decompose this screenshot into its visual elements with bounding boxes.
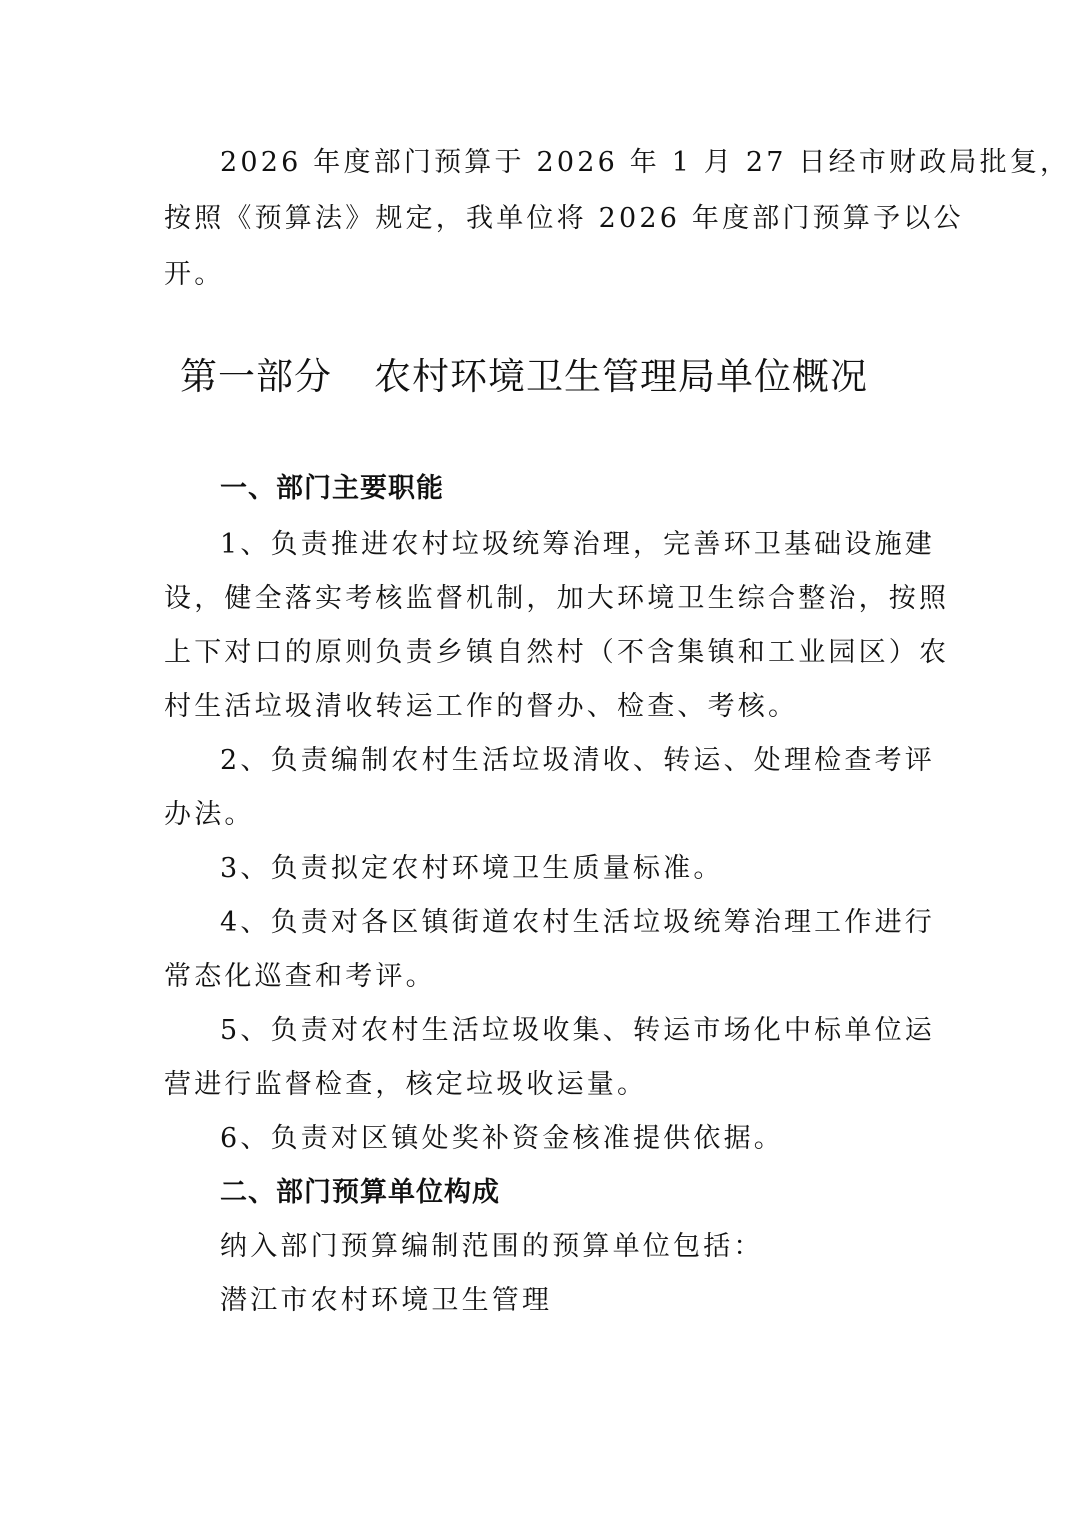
document-page: 2026 年度部门预算于 2026 年 1 月 27 日经市财政局批复， 按照《… — [0, 0, 1074, 1520]
section-heading-functions: 一、部门主要职能 — [220, 472, 444, 506]
function-3-line-1: 3、负责拟定农村环境卫生质量标准。 — [220, 852, 914, 886]
units-intro: 纳入部门预算编制范围的预算单位包括： — [220, 1230, 914, 1264]
function-2-line-1: 2、负责编制农村生活垃圾清收、转运、处理检查考评 — [220, 744, 914, 778]
function-4-line-2: 常态化巡查和考评。 — [164, 960, 914, 994]
intro-line-3: 开。 — [164, 258, 914, 292]
function-1-line-3: 上下对口的原则负责乡镇自然村（不含集镇和工业园区）农 — [164, 636, 914, 670]
unit-name: 潜江市农村环境卫生管理 — [220, 1284, 914, 1318]
intro-line-1: 2026 年度部门预算于 2026 年 1 月 27 日经市财政局批复， — [220, 146, 914, 180]
function-5-line-2: 营进行监督检查，核定垃圾收运量。 — [164, 1068, 914, 1102]
function-1-line-4: 村生活垃圾清收转运工作的督办、检查、考核。 — [164, 690, 914, 724]
function-5-line-1: 5、负责对农村生活垃圾收集、转运市场化中标单位运 — [220, 1014, 914, 1048]
section-heading-units: 二、部门预算单位构成 — [220, 1176, 500, 1210]
function-6-line-1: 6、负责对区镇处奖补资金核准提供依据。 — [220, 1122, 914, 1156]
intro-line-2: 按照《预算法》规定，我单位将 2026 年度部门预算予以公 — [164, 202, 914, 236]
part-name: 农村环境卫生管理局单位概况 — [374, 355, 868, 398]
function-4-line-1: 4、负责对各区镇街道农村生活垃圾统筹治理工作进行 — [220, 906, 914, 940]
part-number: 第一部分 — [180, 355, 332, 398]
part-title: 第一部分农村环境卫生管理局单位概况 — [180, 354, 900, 400]
function-1-line-1: 1、负责推进农村垃圾统筹治理，完善环卫基础设施建 — [220, 528, 914, 562]
function-1-line-2: 设，健全落实考核监督机制，加大环境卫生综合整治，按照 — [164, 582, 914, 616]
function-2-line-2: 办法。 — [164, 798, 914, 832]
